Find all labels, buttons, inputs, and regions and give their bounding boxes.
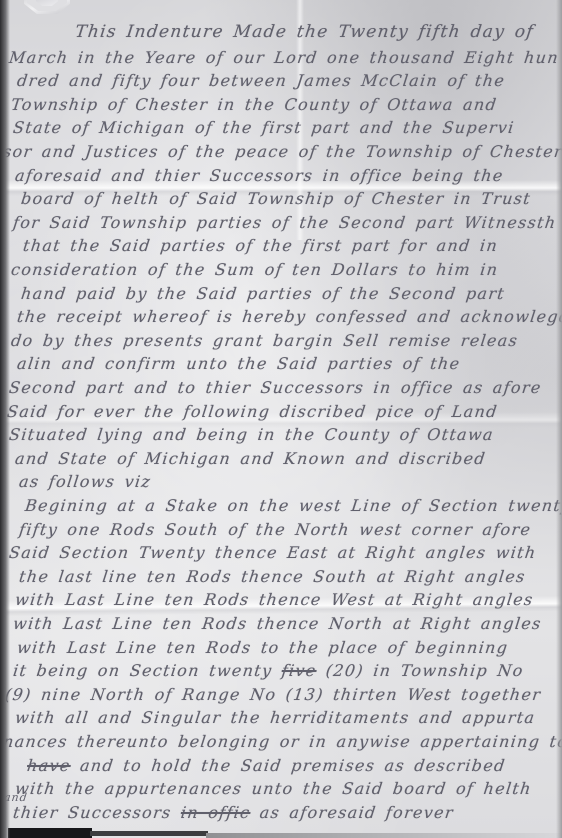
document-line: it being on Section twenty five (20) in … — [12, 661, 525, 680]
photo-edge-dark-line — [90, 831, 208, 836]
document-line: Said Section Twenty thence East at Right… — [8, 543, 538, 562]
document-line: fifty one Rods South of the North west c… — [18, 520, 532, 539]
document-line: Situated lying and being in the County o… — [8, 425, 495, 444]
document-line: with Last Line ten Rods thence West at R… — [14, 590, 535, 609]
document-line: have and to hold the Said premises as de… — [26, 756, 507, 775]
document-line: that the Said parties of the first part … — [22, 236, 499, 255]
document-line: (9) nine North of Range No (13) thirten … — [4, 685, 542, 704]
document-line: alin and confirm unto the Said parties o… — [16, 354, 462, 373]
document-line: Begining at a Stake on the west Line of … — [24, 496, 562, 515]
document-line: the last line ten Rods thence South at R… — [18, 567, 527, 586]
paper-left-edge-shadow — [0, 0, 10, 838]
struck-word: have — [26, 756, 72, 775]
document-line: This Indenture Made the Twenty fifth day… — [74, 22, 535, 42]
document-line: and State of Michigan and Known and disc… — [14, 449, 487, 468]
line-text: and to hold the Said premises as describ… — [70, 756, 507, 775]
document-line: with the appurtenances unto the Said boa… — [14, 779, 533, 798]
line-text: as aforesaid forever — [249, 803, 455, 822]
document-line: aforesaid and thier Successors in office… — [14, 166, 505, 185]
photo-edge-dark-bar — [8, 828, 92, 838]
document-line: nances thereunto belonging or in anywise… — [2, 732, 562, 751]
document-line: hand paid by the Said parties of the Sec… — [20, 284, 506, 303]
document-line: State of Michigan of the first part and … — [12, 118, 516, 137]
document-line: for Said Township parties of the Second … — [12, 213, 558, 232]
struck-word: five — [281, 661, 318, 680]
line-text: thier Successors — [12, 803, 182, 822]
document-line: Said for ever the following discribed pi… — [6, 402, 499, 421]
embossed-notary-seal — [24, 0, 70, 14]
struck-word: in offic — [180, 803, 252, 822]
document-line: with all and Singular the herriditaments… — [14, 708, 537, 727]
line-text: it being on Section twenty — [12, 661, 283, 680]
document-line: March in the Yeare of our Lord one thous… — [8, 48, 560, 67]
photo-edge-shadow — [206, 833, 562, 838]
document-line: do by thes presents grant bargin Sell re… — [10, 331, 519, 350]
document-line: consideration of the Sum of ten Dollars … — [10, 260, 500, 279]
document-line: thier Successors in offic as aforesaid f… — [12, 803, 455, 822]
document-line: board of helth of Said Township of Chest… — [20, 189, 532, 208]
document-line: dred and fifty four between James McClai… — [16, 71, 506, 90]
document-line: with Last Line ten Rods to the place of … — [16, 638, 510, 657]
document-line: the receipt whereof is hereby confessed … — [16, 307, 562, 326]
document-line: Township of Chester in the County of Ott… — [10, 95, 498, 114]
document-line: sor and Justices of the peace of the Tow… — [2, 142, 562, 161]
document-page: This Indenture Made the Twenty fifth day… — [0, 0, 562, 838]
line-text: (20) in Township No — [315, 661, 525, 680]
paper-right-edge-shadow — [556, 0, 562, 838]
document-line: Second part and to thier Successors in o… — [8, 378, 543, 397]
document-line: as follows viz — [18, 472, 152, 491]
document-line: with Last Line ten Rods thence North at … — [12, 614, 543, 633]
